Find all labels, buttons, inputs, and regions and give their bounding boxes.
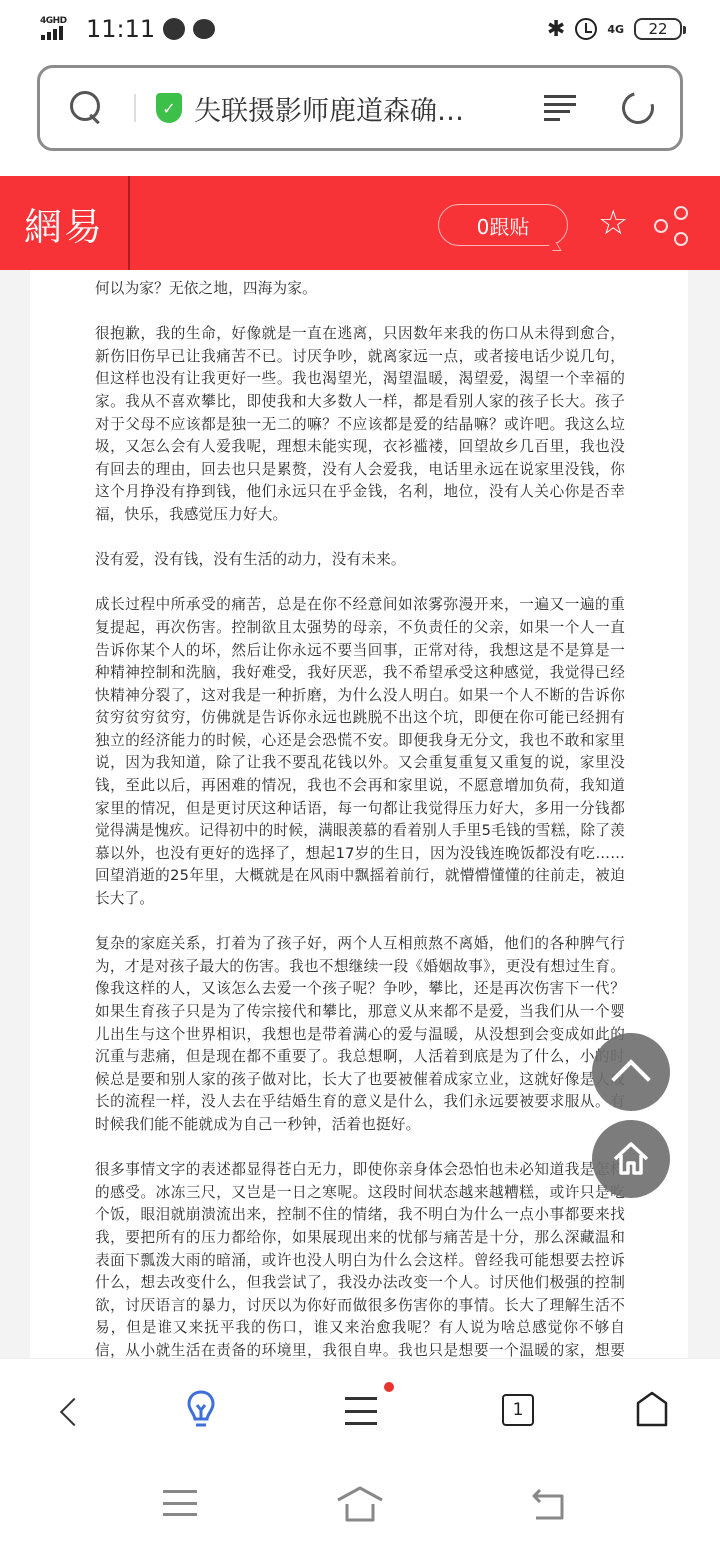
bluetooth-icon: ✱ xyxy=(547,17,565,42)
status-bar: 4GHD 11:11 ✱ 4G 22 xyxy=(0,0,720,58)
chevron-up-icon xyxy=(611,1059,651,1099)
system-back-icon[interactable] xyxy=(530,1488,566,1522)
back-icon[interactable] xyxy=(60,1398,88,1426)
paragraph: 何以为家？无依之地，四海为家。 xyxy=(95,278,625,301)
star-icon[interactable]: ☆ xyxy=(598,206,628,240)
scroll-to-top-button[interactable] xyxy=(592,1033,670,1111)
battery-icon: 22 xyxy=(634,18,682,40)
clock: 11:11 xyxy=(86,15,155,43)
site-header: 網易 0跟贴 ☆ xyxy=(0,176,720,270)
paragraph: 很多事情文字的表述都显得苍白无力，即使你亲身体会恐怕也未必知道我是怎样的感受。冰… xyxy=(95,1159,625,1358)
paragraph: 成长过程中所承受的痛苦，总是在你不经意间如浓雾弥漫开来，一遍又一遍的重复提起，再… xyxy=(95,594,625,910)
lightbulb-icon[interactable] xyxy=(186,1389,216,1431)
address-bar[interactable]: ✓ 失联摄影师鹿道森确… xyxy=(37,65,683,151)
search-icon[interactable] xyxy=(70,91,104,125)
notification-dot xyxy=(384,1382,394,1392)
home-icon[interactable] xyxy=(636,1391,668,1427)
paragraph: 很抱歉，我的生命，好像就是一直在逃离，只因数年来我的伤口从未得到愈合，新伤旧伤早… xyxy=(95,323,625,526)
message-icon xyxy=(193,19,215,39)
reader-menu-icon[interactable] xyxy=(544,95,576,121)
reload-icon[interactable] xyxy=(616,86,660,130)
alarm-icon xyxy=(575,18,597,40)
article-body: 何以为家？无依之地，四海为家。 很抱歉，我的生命，好像就是一直在逃离，只因数年来… xyxy=(30,270,688,1358)
paragraph: 复杂的家庭关系，打着为了孩子好，两个人互相煎熬不离婚，他们的各种脾气行为，才是对… xyxy=(95,933,625,1136)
netease-logo[interactable]: 網易 xyxy=(0,176,130,270)
comments-button[interactable]: 0跟贴 xyxy=(438,204,568,246)
share-icon[interactable] xyxy=(654,206,690,246)
browser-toolbar: 1 xyxy=(0,1358,720,1462)
recent-apps-icon[interactable] xyxy=(163,1490,197,1516)
menu-icon[interactable] xyxy=(345,1397,377,1425)
house-icon xyxy=(611,1139,651,1179)
signal-icon: 4GHD xyxy=(40,16,72,42)
speedometer-icon xyxy=(163,18,185,40)
secure-shield-icon: ✓ xyxy=(156,93,182,123)
home-float-button[interactable] xyxy=(592,1120,670,1198)
mobile-data-icon: 4G xyxy=(607,24,624,35)
divider xyxy=(134,94,136,122)
network-type-label: 4GHD xyxy=(40,16,67,26)
tabs-button[interactable]: 1 xyxy=(502,1394,534,1426)
system-home-icon[interactable] xyxy=(335,1486,385,1524)
paragraph: 没有爱，没有钱，没有生活的动力，没有未来。 xyxy=(95,549,625,572)
page-title[interactable]: 失联摄影师鹿道森确… xyxy=(194,89,494,128)
system-nav-bar xyxy=(0,1462,720,1544)
